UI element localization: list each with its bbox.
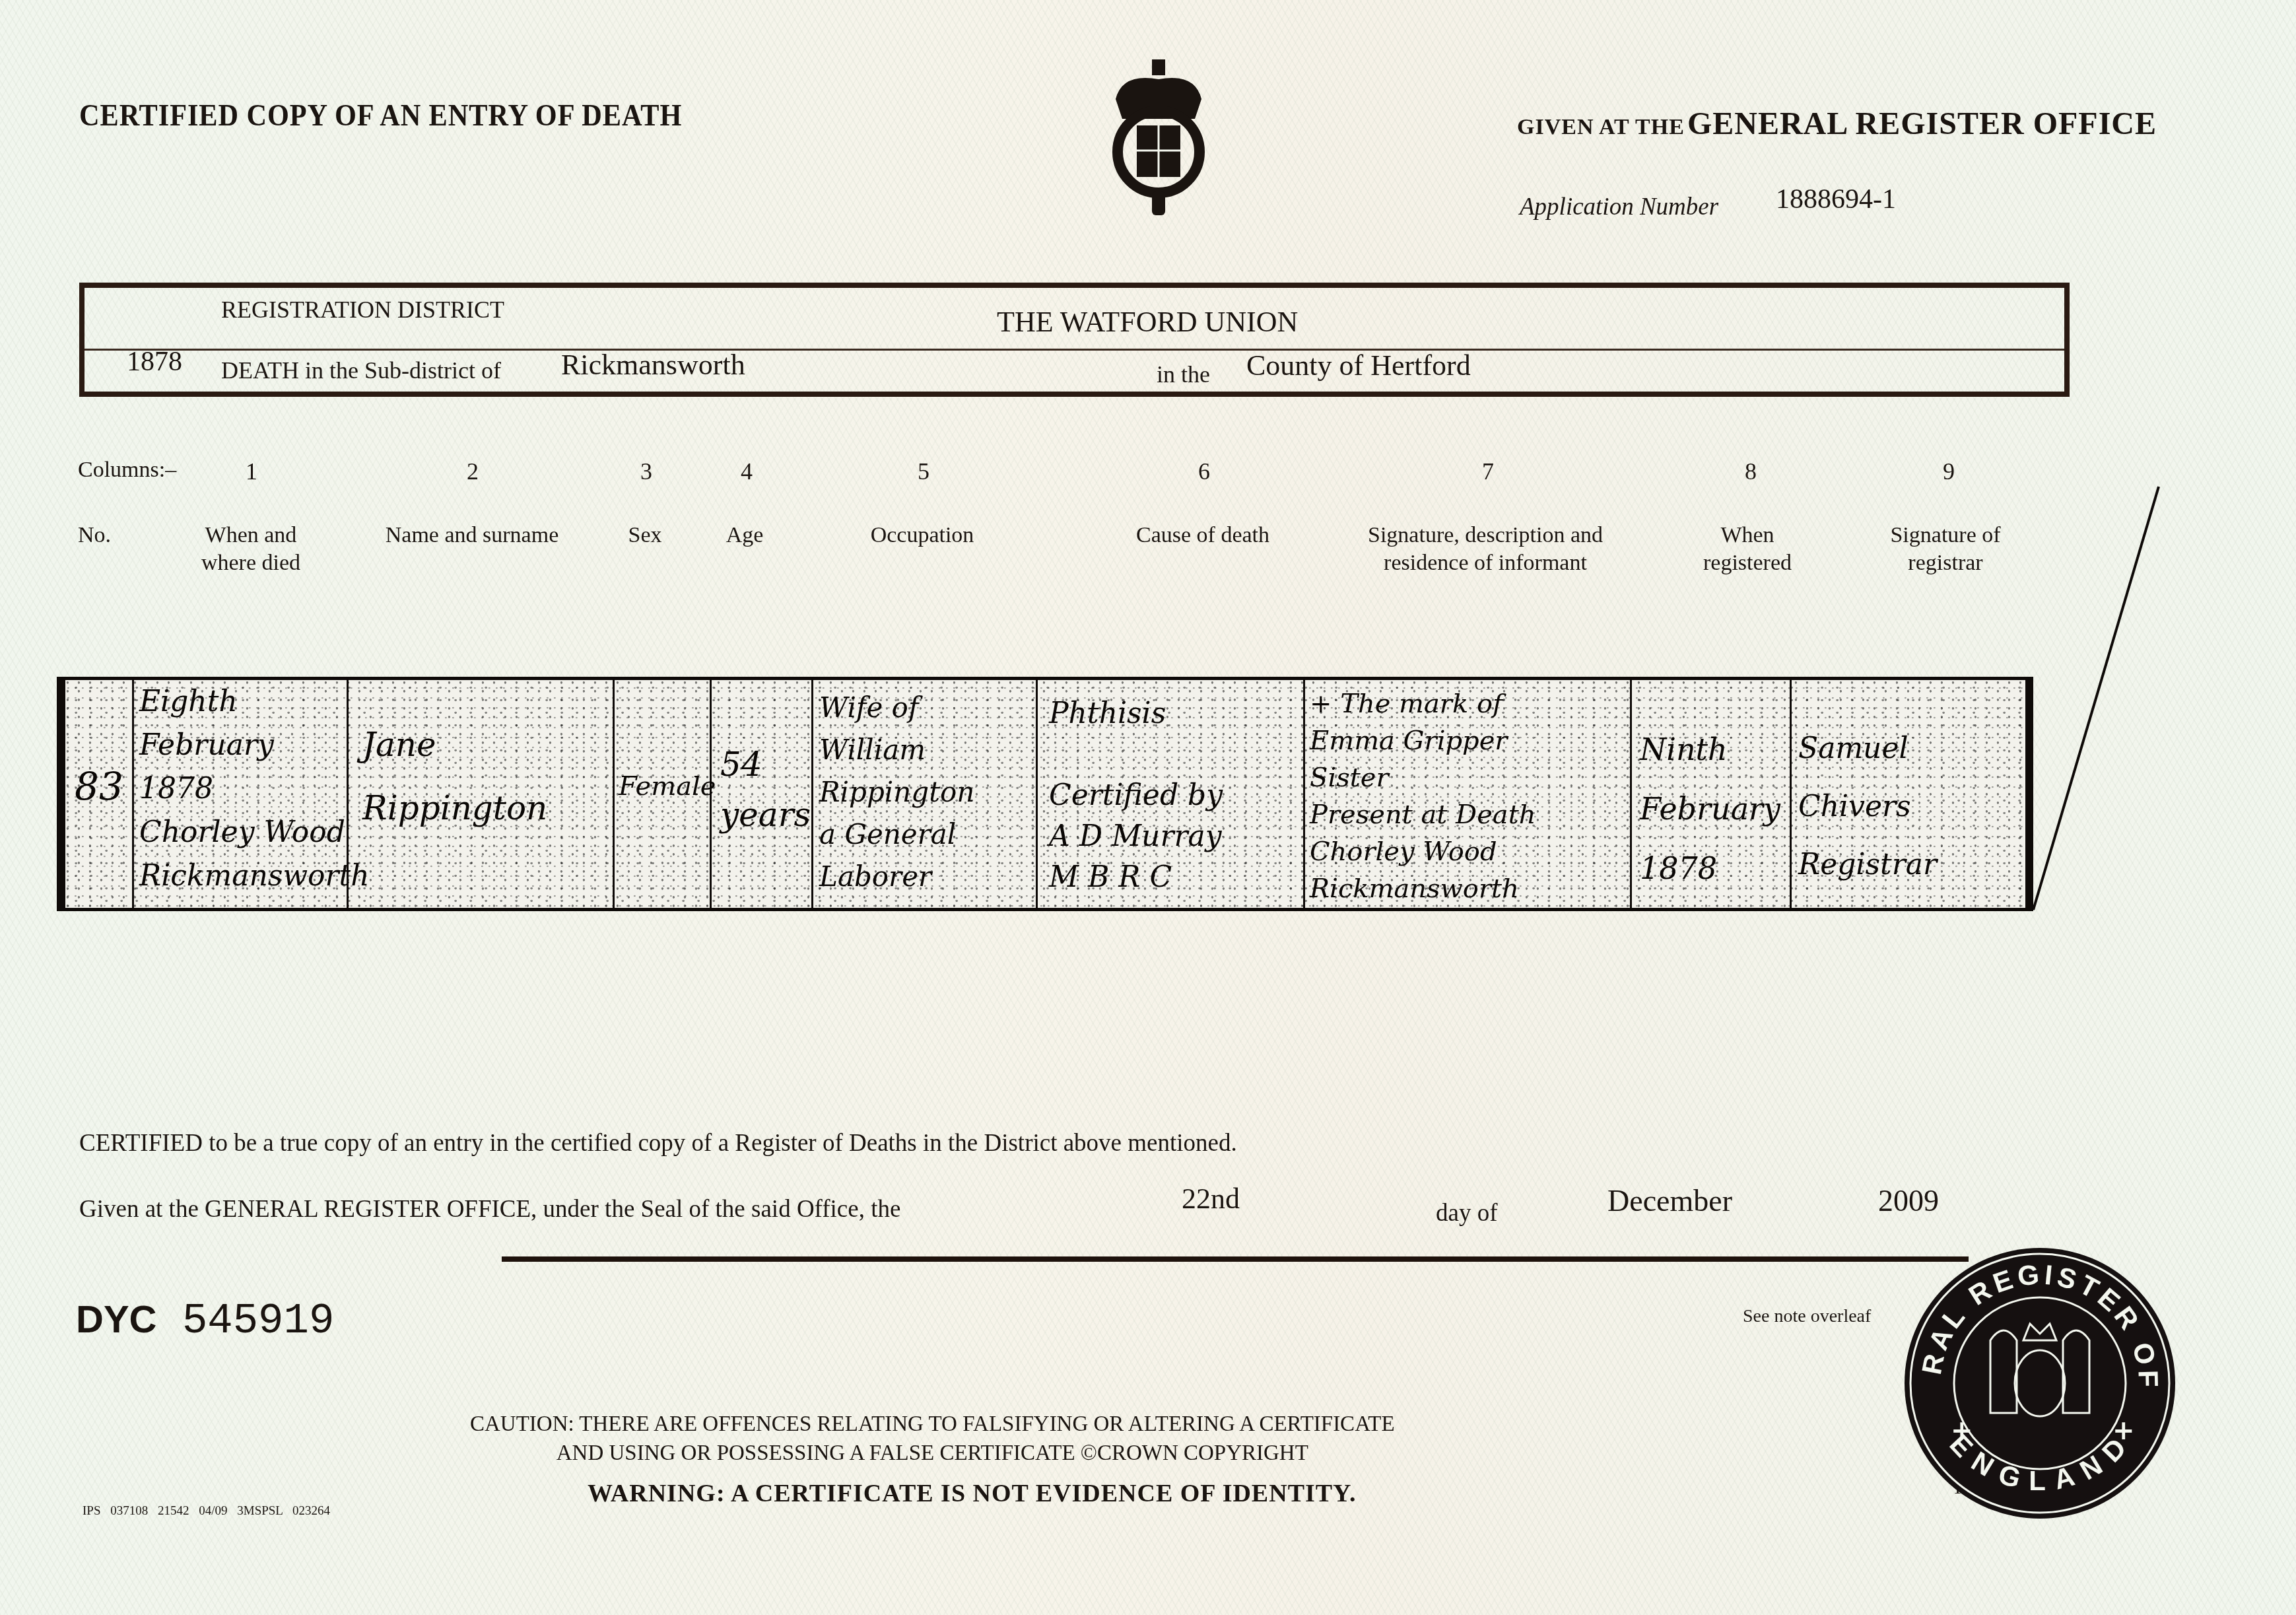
svg-text:+: + [2112, 1416, 2135, 1446]
column-header-no: No. [78, 522, 111, 549]
day-of-label: day of [1436, 1199, 1498, 1227]
column-number-7: 7 [1482, 458, 1494, 485]
column-header-occupation: Occupation [871, 522, 974, 549]
column-divider [811, 680, 813, 908]
royal-crest-icon [1096, 59, 1221, 218]
given-at-statement: Given at the GENERAL REGISTER OFFICE, un… [79, 1195, 900, 1223]
caution-notice: CAUTION: THERE ARE OFFENCES RELATING TO … [470, 1410, 1395, 1468]
column-number-6: 6 [1198, 458, 1210, 485]
column-header-age: Age [726, 522, 764, 549]
given-at-prefix: GIVEN AT THE [1517, 115, 1685, 139]
certificate-serial: DYC 545919 [76, 1297, 334, 1346]
entry-sex: Female [619, 766, 716, 807]
column-number-9: 9 [1943, 458, 1955, 485]
column-number-4: 4 [741, 458, 753, 485]
entry-when-registered: Ninth February 1878 [1640, 720, 1780, 898]
serial-number: 545919 [182, 1298, 334, 1346]
in-the-label: in the [1157, 361, 1210, 388]
document-title: CERTIFIED COPY OF AN ENTRY OF DEATH [79, 98, 682, 133]
column-divider [613, 680, 615, 908]
application-number-label: Application Number [1520, 193, 1718, 221]
subdistrict-label: DEATH in the Sub-district of [221, 357, 501, 384]
registration-district-value: THE WATFORD UNION [997, 305, 1298, 339]
caution-line-2: AND USING OR POSSESSING A FALSE CERTIFIC… [470, 1439, 1395, 1468]
column-header-when-where-died: When and where died [201, 522, 300, 577]
columns-label: Columns:– [78, 458, 176, 483]
registration-district-label: REGISTRATION DISTRICT [221, 296, 504, 324]
identity-warning: WARNING: A CERTIFICATE IS NOT EVIDENCE O… [588, 1479, 1357, 1508]
caution-line-1: CAUTION: THERE ARE OFFENCES RELATING TO … [470, 1410, 1395, 1439]
see-note-overleaf: See note overleaf [1743, 1306, 1871, 1327]
column-header-name: Name and surname [386, 522, 558, 549]
register-entry-row: 83 Eighth February 1878 Chorley Wood Ric… [57, 677, 2033, 911]
entry-informant: + The mark of Emma Gripper Sister Presen… [1310, 685, 1536, 907]
certification-month: December [1607, 1183, 1732, 1218]
column-number-3: 3 [640, 458, 652, 485]
signature-rule [502, 1256, 1969, 1262]
subdistrict-value: Rickmansworth [561, 348, 745, 382]
column-divider [1303, 680, 1305, 908]
registration-year: 1878 [127, 346, 182, 378]
column-header-when-registered: When registered [1703, 522, 1792, 577]
certification-statement: CERTIFIED to be a true copy of an entry … [79, 1129, 1237, 1157]
column-header-sex: Sex [628, 522, 662, 549]
office-heading: GIVEN AT THE GENERAL REGISTER OFFICE [1517, 106, 2157, 142]
district-divider [84, 349, 2064, 351]
serial-prefix: DYC [76, 1298, 156, 1341]
svg-text:+: + [1951, 1416, 1973, 1446]
column-number-5: 5 [918, 458, 929, 485]
column-number-8: 8 [1745, 458, 1757, 485]
column-divider [1790, 680, 1792, 908]
entry-age: 54 years [720, 739, 811, 840]
column-header-registrar: Signature of registrar [1890, 522, 2000, 577]
column-divider [1630, 680, 1632, 908]
application-number: 1888694-1 [1776, 184, 1896, 215]
office-name: GENERAL REGISTER OFFICE [1687, 106, 2157, 141]
column-header-informant: Signature, description and residence of … [1368, 522, 1603, 577]
entry-name: Jane Rippington [362, 713, 547, 840]
entry-occupation: Wife of William Rippington a General Lab… [819, 687, 974, 898]
column-number-2: 2 [467, 458, 479, 485]
column-number-1: 1 [246, 458, 257, 485]
entry-cause-of-death: Phthisis Certified by A D Murray M B R C [1049, 693, 1223, 898]
column-divider [132, 680, 134, 908]
gro-seal-icon: GENERAL REGISTER OFFICE ENGLAND + + [1898, 1241, 2182, 1525]
entry-registrar-signature: Samuel Chivers Registrar [1798, 720, 1937, 894]
entry-number: 83 [75, 766, 123, 807]
certification-day: 22nd [1182, 1182, 1240, 1216]
print-code: IPS 037108 21542 04/09 3MSPSL 023264 [83, 1504, 330, 1519]
column-header-cause-of-death: Cause of death [1136, 522, 1269, 549]
certification-year: 2009 [1878, 1183, 1939, 1218]
county-value: County of Hertford [1246, 349, 1471, 382]
column-divider [1036, 680, 1038, 908]
entry-when-where-died: Eighth February 1878 Chorley Wood Rickma… [139, 680, 370, 898]
